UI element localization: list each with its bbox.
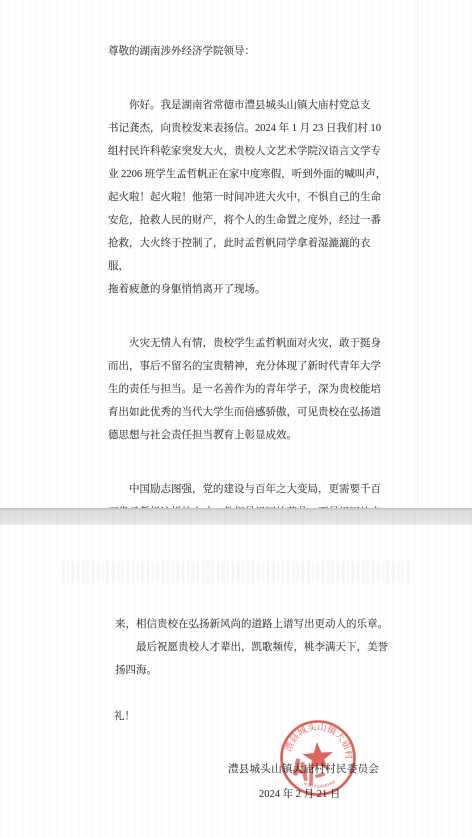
letter-paragraph-1: 你好。我是湖南省常德市澧县城头山镇大庙村党总支 书记龚杰，向贵校发来表扬信。20… xyxy=(108,94,388,301)
seal-star-icon xyxy=(302,741,334,772)
ink-dot xyxy=(221,429,224,431)
letter-paragraph-2: 火灾无情人有情，贵校学生孟哲帆面对火灾，敢于挺身 而出，事后不留名的宝贵精神，充… xyxy=(108,332,388,447)
page-divider xyxy=(0,508,472,525)
official-seal: 澧县城头山镇大庙村村民委员会 4307240060 xyxy=(265,705,372,812)
letter-body-column: 尊敬的湖南涉外经济学院领导： 你好。我是湖南省常德市澧县城头山镇大庙村党总支 书… xyxy=(108,17,388,547)
document-viewer: 尊敬的湖南涉外经济学院领导： 你好。我是湖南省常德市澧县城头山镇大庙村党总支 书… xyxy=(0,0,472,838)
closing-paragraph: 来，相信贵校在弘扬新风尚的道路上谱写出更动人的乐章。 最后祝愿贵校人才辈出，凯歌… xyxy=(115,613,405,682)
letter-page-1: 尊敬的湖南涉外经济学院领导： 你好。我是湖南省常德市澧县城头山镇大庙村党总支 书… xyxy=(0,0,472,508)
letter-page-2: 来，相信贵校在弘扬新风尚的道路上谱写出更动人的乐章。 最后祝愿贵校人才辈出，凯歌… xyxy=(0,525,472,838)
seal-code: 4307240060 xyxy=(303,778,338,790)
salutation-line: 尊敬的湖南涉外经济学院领导： xyxy=(108,40,388,63)
page-edge-line xyxy=(417,0,418,508)
salute-line: 礼！ xyxy=(114,705,135,728)
bleed-through-artifact xyxy=(62,561,412,583)
